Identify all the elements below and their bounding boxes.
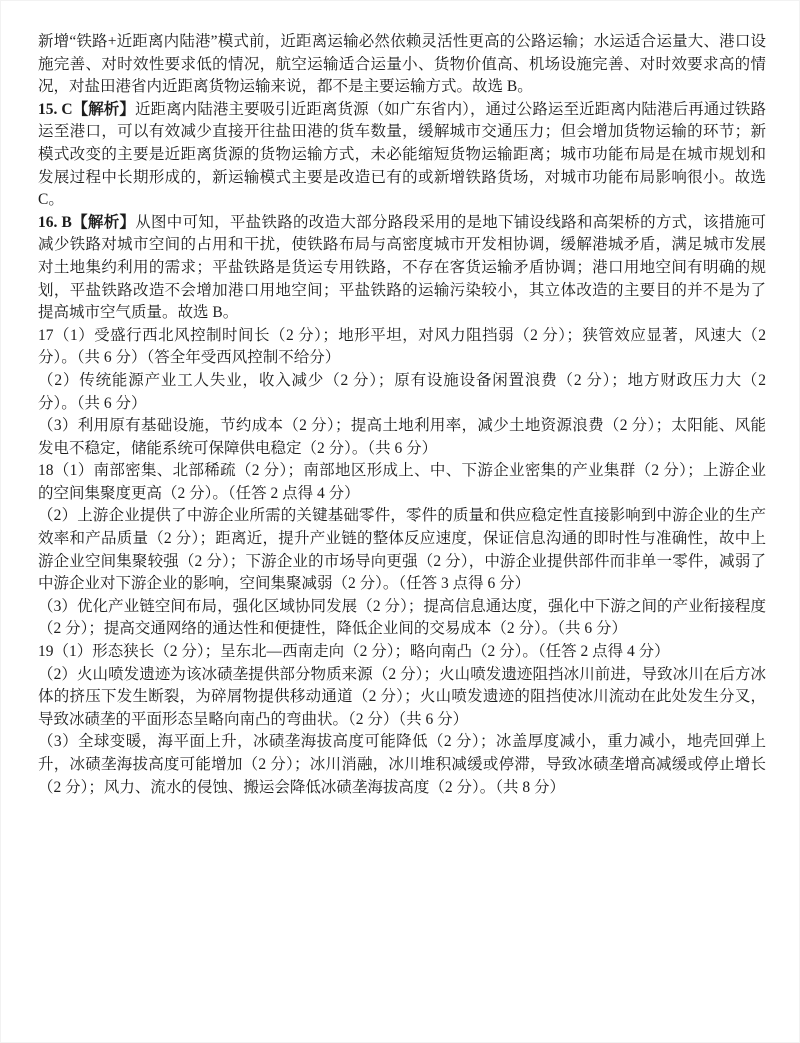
paragraph-text: 18（1）南部密集、北部稀疏（2 分）；南部地区形成上、中、下游企业密集的产业集… — [38, 462, 766, 502]
paragraph-text: （3）优化产业链空间布局，强化区域协同发展（2 分）；提高信息通达度，强化中下游… — [38, 598, 766, 638]
paragraph-q17-3: （3）利用原有基础设施，节约成本（2 分）；提高土地利用率，减少土地资源浪费（2… — [38, 415, 766, 460]
paragraph-text: （2）传统能源产业工人失业，收入减少（2 分）；原有设施设备闲置浪费（2 分）；… — [38, 372, 766, 412]
paragraph-q17-2: （2）传统能源产业工人失业，收入减少（2 分）；原有设施设备闲置浪费（2 分）；… — [38, 370, 766, 415]
paragraph-text: 近距离内陆港主要吸引近距离货源（如广东省内），通过公路运至近距离内陆港后再通过铁… — [38, 101, 766, 208]
paragraph-q18-1: 18（1）南部密集、北部稀疏（2 分）；南部地区形成上、中、下游企业密集的产业集… — [38, 460, 766, 505]
paragraph-q17-1: 17（1）受盛行西北风控制时间长（2 分）；地形平坦，对风力阻挡弱（2 分）；狭… — [38, 325, 766, 370]
paragraph-q15: 15. C【解析】近距离内陆港主要吸引近距离货源（如广东省内），通过公路运至近距… — [38, 99, 766, 212]
paragraph-q18-3: （3）优化产业链空间布局，强化区域协同发展（2 分）；提高信息通达度，强化中下游… — [38, 596, 766, 641]
scanned-answer-page: 新增“铁路+近距离内陆港”模式前，近距离运输必然依赖灵活性更高的公路运输；水运适… — [0, 0, 800, 1043]
answer-label-q15: 15. C【解析】 — [38, 101, 135, 118]
paragraph-q19-1: 19（1）形态狭长（2 分）；呈东北—西南走向（2 分）；略向南凸（2 分）。（… — [38, 641, 766, 664]
paragraph-text: 19（1）形态狭长（2 分）；呈东北—西南走向（2 分）；略向南凸（2 分）。（… — [38, 643, 670, 660]
paragraph-q16: 16. B【解析】从图中可知，平盐铁路的改造大部分路段采用的是地下铺设线路和高架… — [38, 212, 766, 325]
answer-text-block: 新增“铁路+近距离内陆港”模式前，近距离运输必然依赖灵活性更高的公路运输；水运适… — [38, 31, 766, 799]
paragraph-q19-3: （3）全球变暖，海平面上升，冰碛垄海拔高度可能降低（2 分）；冰盖厚度减小，重力… — [38, 731, 766, 799]
paragraph-text: 从图中可知，平盐铁路的改造大部分路段采用的是地下铺设线路和高架桥的方式，该措施可… — [38, 214, 766, 321]
paragraph-text: （3）利用原有基础设施，节约成本（2 分）；提高土地利用率，减少土地资源浪费（2… — [38, 417, 766, 457]
paragraph-text: 新增“铁路+近距离内陆港”模式前，近距离运输必然依赖灵活性更高的公路运输；水运适… — [38, 33, 766, 95]
paragraph-text: （2）火山喷发遗迹为该冰碛垄提供部分物质来源（2 分）；火山喷发遗迹阻挡冰川前进… — [38, 666, 766, 728]
answer-label-q16: 16. B【解析】 — [38, 214, 135, 231]
paragraph-q18-2: （2）上游企业提供了中游企业所需的关键基础零件，零件的质量和供应稳定性直接影响到… — [38, 505, 766, 595]
paragraph-text: （2）上游企业提供了中游企业所需的关键基础零件，零件的质量和供应稳定性直接影响到… — [38, 507, 766, 592]
paragraph-continuation-q14: 新增“铁路+近距离内陆港”模式前，近距离运输必然依赖灵活性更高的公路运输；水运适… — [38, 31, 766, 99]
paragraph-text: （3）全球变暖，海平面上升，冰碛垄海拔高度可能降低（2 分）；冰盖厚度减小，重力… — [38, 733, 766, 795]
paragraph-q19-2: （2）火山喷发遗迹为该冰碛垄提供部分物质来源（2 分）；火山喷发遗迹阻挡冰川前进… — [38, 664, 766, 732]
paragraph-text: 17（1）受盛行西北风控制时间长（2 分）；地形平坦，对风力阻挡弱（2 分）；狭… — [38, 327, 766, 367]
